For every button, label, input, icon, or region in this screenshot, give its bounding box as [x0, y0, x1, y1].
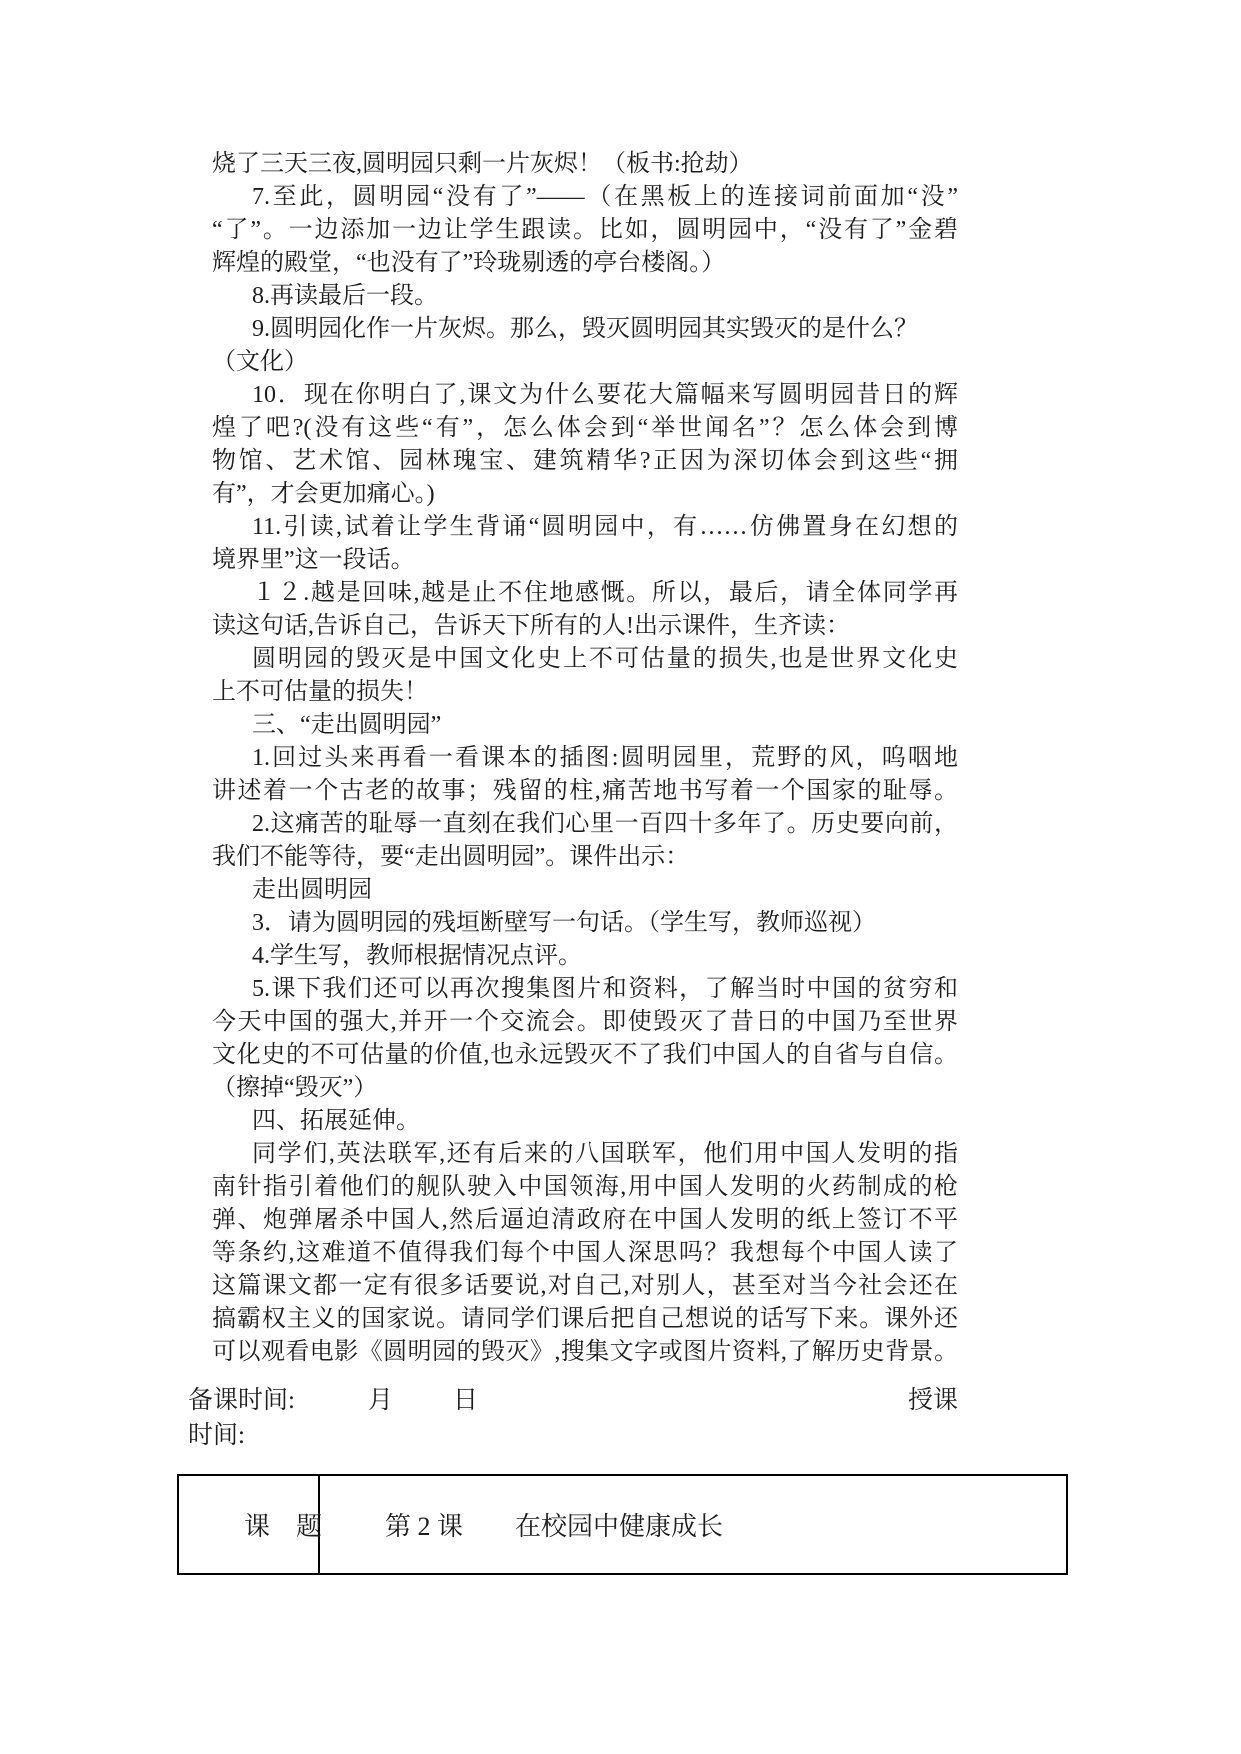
text-line: 8.再读最后一段。 [212, 280, 958, 313]
text-line: 弹、炮弹屠杀中国人,然后逼迫清政府在中国人发明的纸上签订不平 [212, 1204, 958, 1237]
text-line: 等条约,这难道不值得我们每个中国人深思吗？我想每个中国人读了 [212, 1237, 958, 1270]
table-row: 课 题 第 2 课在校园中健康成长 [178, 1475, 1067, 1574]
teach-time-label-part2: 时间: [188, 1422, 245, 1449]
text-line: （擦掉“毁灭”） [212, 1072, 958, 1105]
text-line: 有”，才会更加痛心。) [212, 478, 958, 511]
text-line: 10．现在你明白了,课文为什么要花大篇幅来写圆明园昔日的辉 [212, 379, 958, 412]
month-label: 月 [368, 1383, 393, 1418]
text-line: 境界里”这一段话。 [212, 544, 958, 577]
text-line: 1.回过头来再看一看课本的插图:圆明园里，荒野的风，呜咽地 [212, 742, 958, 775]
text-line: 南针指引着他们的舰队驶入中国领海,用中国人发明的火药制成的枪 [212, 1171, 958, 1204]
text-line: （文化） [212, 346, 958, 379]
text-line: 物馆、艺术馆、园林瑰宝、建筑精华?正因为深切体会到这些“拥 [212, 445, 958, 478]
course-topic-label: 课 题 [244, 1512, 322, 1541]
text-line: 煌了吧?(没有这些“有”，怎么体会到“举世闻名”？怎么体会到博 [212, 412, 958, 445]
text-line: 三、“走出圆明园” [212, 709, 958, 742]
day-label: 日 [453, 1383, 478, 1418]
text-line: 4.学生写，教师根据情况点评。 [212, 940, 958, 973]
text-line: 圆明园的毁灭是中国文化史上不可估量的损失,也是世界文化史 [212, 643, 958, 676]
text-line: 5.课下我们还可以再次搜集图片和资料，了解当时中国的贫穷和 [212, 973, 958, 1006]
lesson-title-table: 课 题 第 2 课在校园中健康成长 [177, 1474, 1068, 1575]
schedule-footer: 备课时间: 月 日 授课 时间: [188, 1383, 958, 1453]
document-page: 烧了三天三夜,圆明园只剩一片灰烬！（板书:抢劫）7.至此，圆明园“没有了”——（… [0, 0, 1241, 1754]
text-line: 讲述着一个古老的故事；残留的柱,痛苦地书写着一个国家的耻辱。 [212, 775, 958, 808]
text-line: 2.这痛苦的耻辱一直刻在我们心里一百四十多年了。历史要向前， [212, 808, 958, 841]
text-line: 走出圆明园 [212, 874, 958, 907]
text-line: 3．请为圆明园的残垣断壁写一句话。（学生写，教师巡视） [212, 907, 958, 940]
text-line: 烧了三天三夜,圆明园只剩一片灰烬！（板书:抢劫） [212, 148, 958, 181]
text-line: 搞霸权主义的国家说。请同学们课后把自己想说的话写下来。课外还 [212, 1303, 958, 1336]
teach-time-label-part1: 授课 [908, 1383, 958, 1418]
text-line: 7.至此，圆明园“没有了”——（在黑板上的连接词前面加“没” [212, 181, 958, 214]
lesson-title: 在校园中健康成长 [515, 1512, 723, 1541]
text-line: 上不可估量的损失！ [212, 676, 958, 709]
lesson-number: 第 2 课 [385, 1512, 463, 1541]
text-line: “了”。一边添加一边让学生跟读。比如，圆明园中，“没有了”金碧 [212, 214, 958, 247]
text-line: 11.引读,试着让学生背诵“圆明园中，有……仿佛置身在幻想的 [212, 511, 958, 544]
text-line: 四、拓展延伸。 [212, 1105, 958, 1138]
text-line: 读这句话,告诉自己，告诉天下所有的人!出示课件，生齐读： [212, 610, 958, 643]
text-line: 今天中国的强大,并开一个交流会。即使毁灭了昔日的中国乃至世界 [212, 1006, 958, 1039]
prep-time-line: 备课时间: 月 日 授课 [188, 1383, 958, 1418]
lesson-plan-body: 烧了三天三夜,圆明园只剩一片灰烬！（板书:抢劫）7.至此，圆明园“没有了”——（… [212, 148, 958, 1369]
text-line: 辉煌的殿堂，“也没有了”玲珑剔透的亭台楼阁。） [212, 247, 958, 280]
prep-time-label: 备课时间: [188, 1383, 295, 1418]
course-topic-value-cell: 第 2 课在校园中健康成长 [319, 1475, 1067, 1574]
text-line: １２.越是回味,越是止不住地感慨。所以，最后，请全体同学再 [212, 577, 958, 610]
text-line: 9.圆明园化作一片灰烬。那么，毁灭圆明园其实毁灭的是什么？ [212, 313, 958, 346]
text-line: 这篇课文都一定有很多话要说,对自己,对别人，甚至对当今社会还在 [212, 1270, 958, 1303]
text-line: 我们不能等待，要“走出圆明园”。课件出示： [212, 841, 958, 874]
course-topic-label-cell: 课 题 [178, 1475, 319, 1574]
text-line: 可以观看电影《圆明园的毁灭》,搜集文字或图片资料,了解历史背景。 [212, 1336, 958, 1369]
teach-time-line: 时间: [188, 1418, 958, 1453]
text-line: 文化史的不可估量的价值,也永远毁灭不了我们中国人的自省与自信。 [212, 1039, 958, 1072]
text-line: 同学们,英法联军,还有后来的八国联军，他们用中国人发明的指 [212, 1138, 958, 1171]
